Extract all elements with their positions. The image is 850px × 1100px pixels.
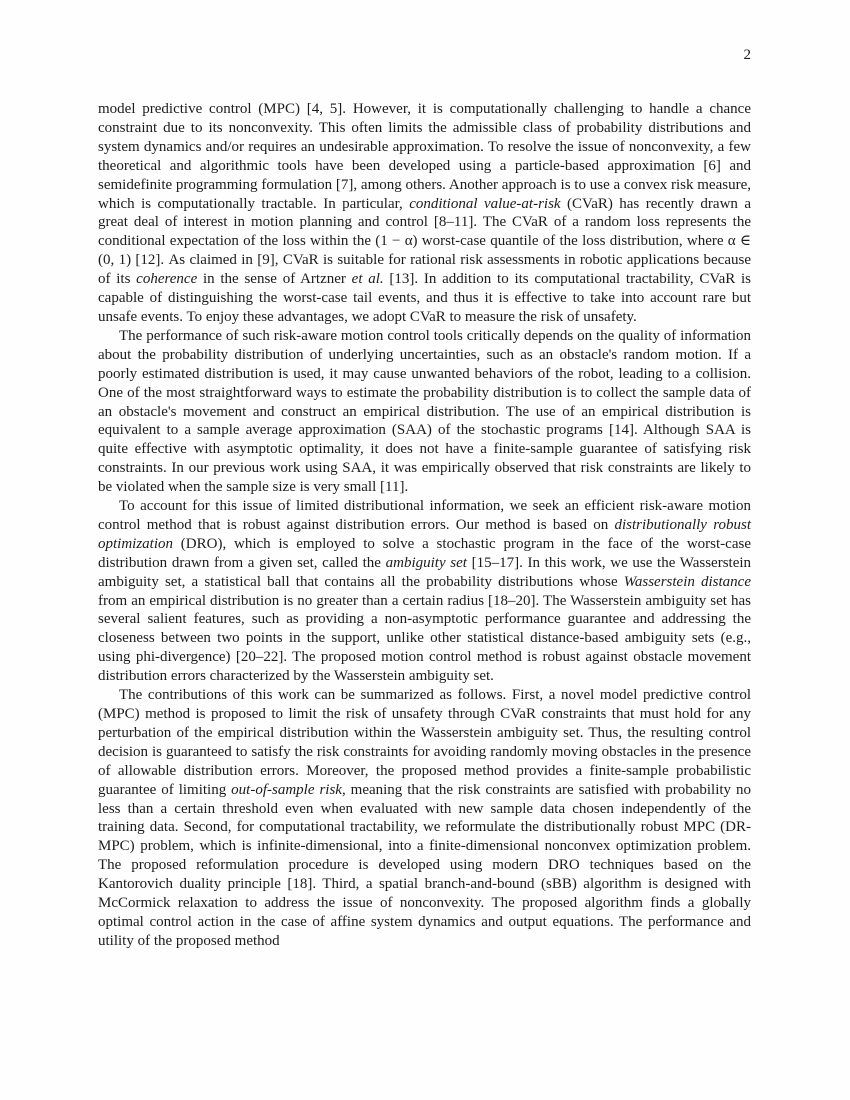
text-run: The performance of such risk-aware motio… [98, 328, 751, 495]
italic-text-run: ambiguity set [386, 555, 467, 571]
paragraph: To account for this issue of limited dis… [98, 497, 751, 686]
text-run: in the sense of Artzner [197, 271, 351, 287]
paragraph: model predictive control (MPC) [4, 5]. H… [98, 100, 751, 327]
italic-text-run: coherence [136, 271, 197, 287]
italic-text-run: out-of-sample risk [231, 782, 342, 798]
page-number: 2 [98, 46, 751, 65]
page-body: model predictive control (MPC) [4, 5]. H… [98, 100, 751, 951]
italic-text-run: Wasserstein distance [624, 574, 751, 590]
paper-page: 2 model predictive control (MPC) [4, 5].… [0, 0, 850, 1100]
italic-text-run: conditional value-at-risk [409, 196, 560, 212]
text-run: from an empirical distribution is no gre… [98, 593, 751, 685]
italic-text-run: et al. [352, 271, 384, 287]
paragraph: The performance of such risk-aware motio… [98, 327, 751, 497]
paragraph: The contributions of this work can be su… [98, 686, 751, 951]
text-run: , meaning that the risk constraints are … [98, 782, 751, 949]
